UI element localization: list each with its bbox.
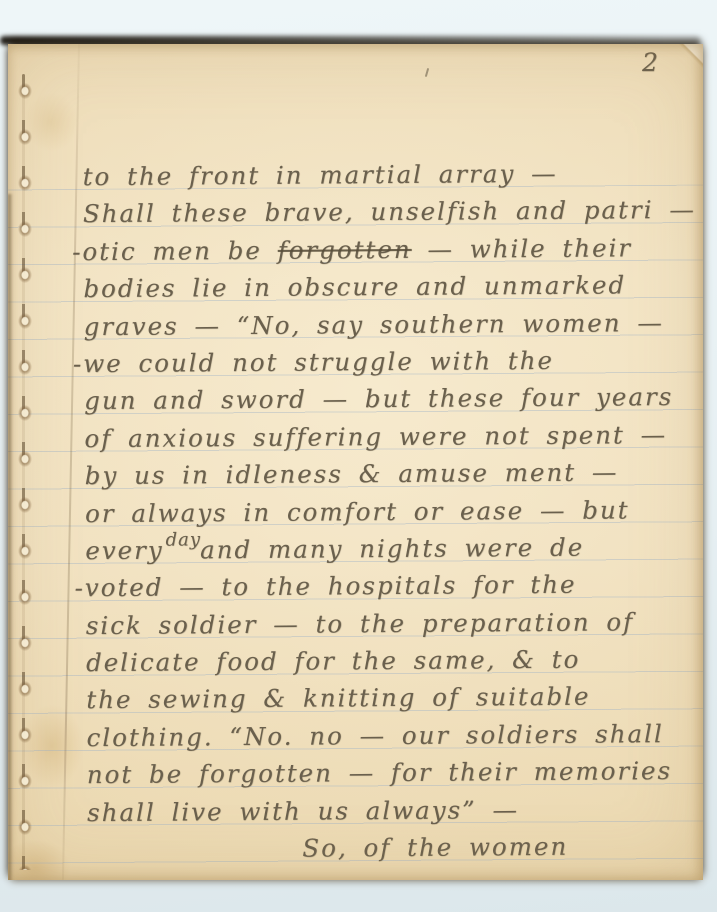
line-text: bodies lie in obscure and unmarked <box>83 271 626 304</box>
manuscript-line: -voted — to the hospitals for the <box>74 565 703 607</box>
line-text: the sewing & knitting of suitable <box>86 682 590 715</box>
manuscript-line: the sewing & knitting of suitable <box>86 677 703 719</box>
line-text: by us in idleness & amuse ment — <box>85 458 619 491</box>
line-text: -voted — to the hospitals for the <box>74 570 576 603</box>
manuscript-line: clothing. “No. no — our soldiers shall <box>86 715 703 757</box>
struck-word: forgotten <box>278 235 412 265</box>
manuscript-line: graves — “No, say southern women — <box>84 303 703 345</box>
line-text: delicate food for the same, & to <box>86 645 580 677</box>
spine-shadow <box>8 194 13 880</box>
line-text: to the front in martial array — <box>83 159 558 191</box>
line-text: gun and sword — but these four years <box>84 382 673 415</box>
handwritten-text: to the front in martial array —Shall the… <box>83 154 703 869</box>
inserted-word: day <box>165 521 201 559</box>
line-text: sick soldier — to the preparation of <box>86 607 635 640</box>
manuscript-line: everydayand many nights were de <box>85 528 703 570</box>
line-text: clothing. “No. no — our soldiers shall <box>86 719 663 752</box>
manuscript-line: So, of the women <box>302 827 703 867</box>
line-text: of anxious suffering were not spent — <box>84 420 667 453</box>
manuscript-line: delicate food for the same, & to <box>86 640 703 682</box>
line-text: and many nights were de <box>200 533 584 565</box>
line-text: — while their <box>412 233 633 264</box>
manuscript-line: gun and sword — but these four years <box>84 378 703 420</box>
scanner-background: 2 to the front in martial array —Shall t… <box>0 0 717 912</box>
notebook-page: 2 to the front in martial array —Shall t… <box>8 44 703 880</box>
binding-stitches <box>12 74 34 870</box>
manuscript-line: shall live with us always” — <box>87 789 703 831</box>
manuscript-line: by us in idleness & amuse ment — <box>85 453 703 495</box>
manuscript-line: bodies lie in obscure and unmarked <box>83 266 703 308</box>
manuscript-line: not be forgotten — for their memories <box>87 752 703 794</box>
line-text: shall live with us always” — <box>87 795 519 827</box>
line-text: graves — “No, say southern women — <box>84 308 664 341</box>
manuscript-line: Shall these brave, unselfish and patri — <box>83 191 703 233</box>
line-text: every <box>85 536 164 566</box>
line-text: -we could not struggle with the <box>73 346 554 378</box>
page-number: 2 <box>642 48 658 77</box>
line-text: not be forgotten — for their memories <box>87 756 672 789</box>
line-text: So, of the women <box>302 832 568 863</box>
manuscript-line: -otic men be forgotten — while their <box>72 229 703 271</box>
manuscript-line: -we could not struggle with the <box>73 341 703 383</box>
manuscript-line: of anxious suffering were not spent — <box>84 416 703 458</box>
line-text: Shall these brave, unselfish and patri — <box>83 195 696 228</box>
manuscript-line: sick soldier — to the preparation of <box>86 603 703 645</box>
stray-ink-mark <box>425 68 429 77</box>
corner-fold <box>672 44 703 75</box>
line-text: -otic men be <box>72 236 278 266</box>
manuscript-line: to the front in martial array — <box>83 154 703 196</box>
